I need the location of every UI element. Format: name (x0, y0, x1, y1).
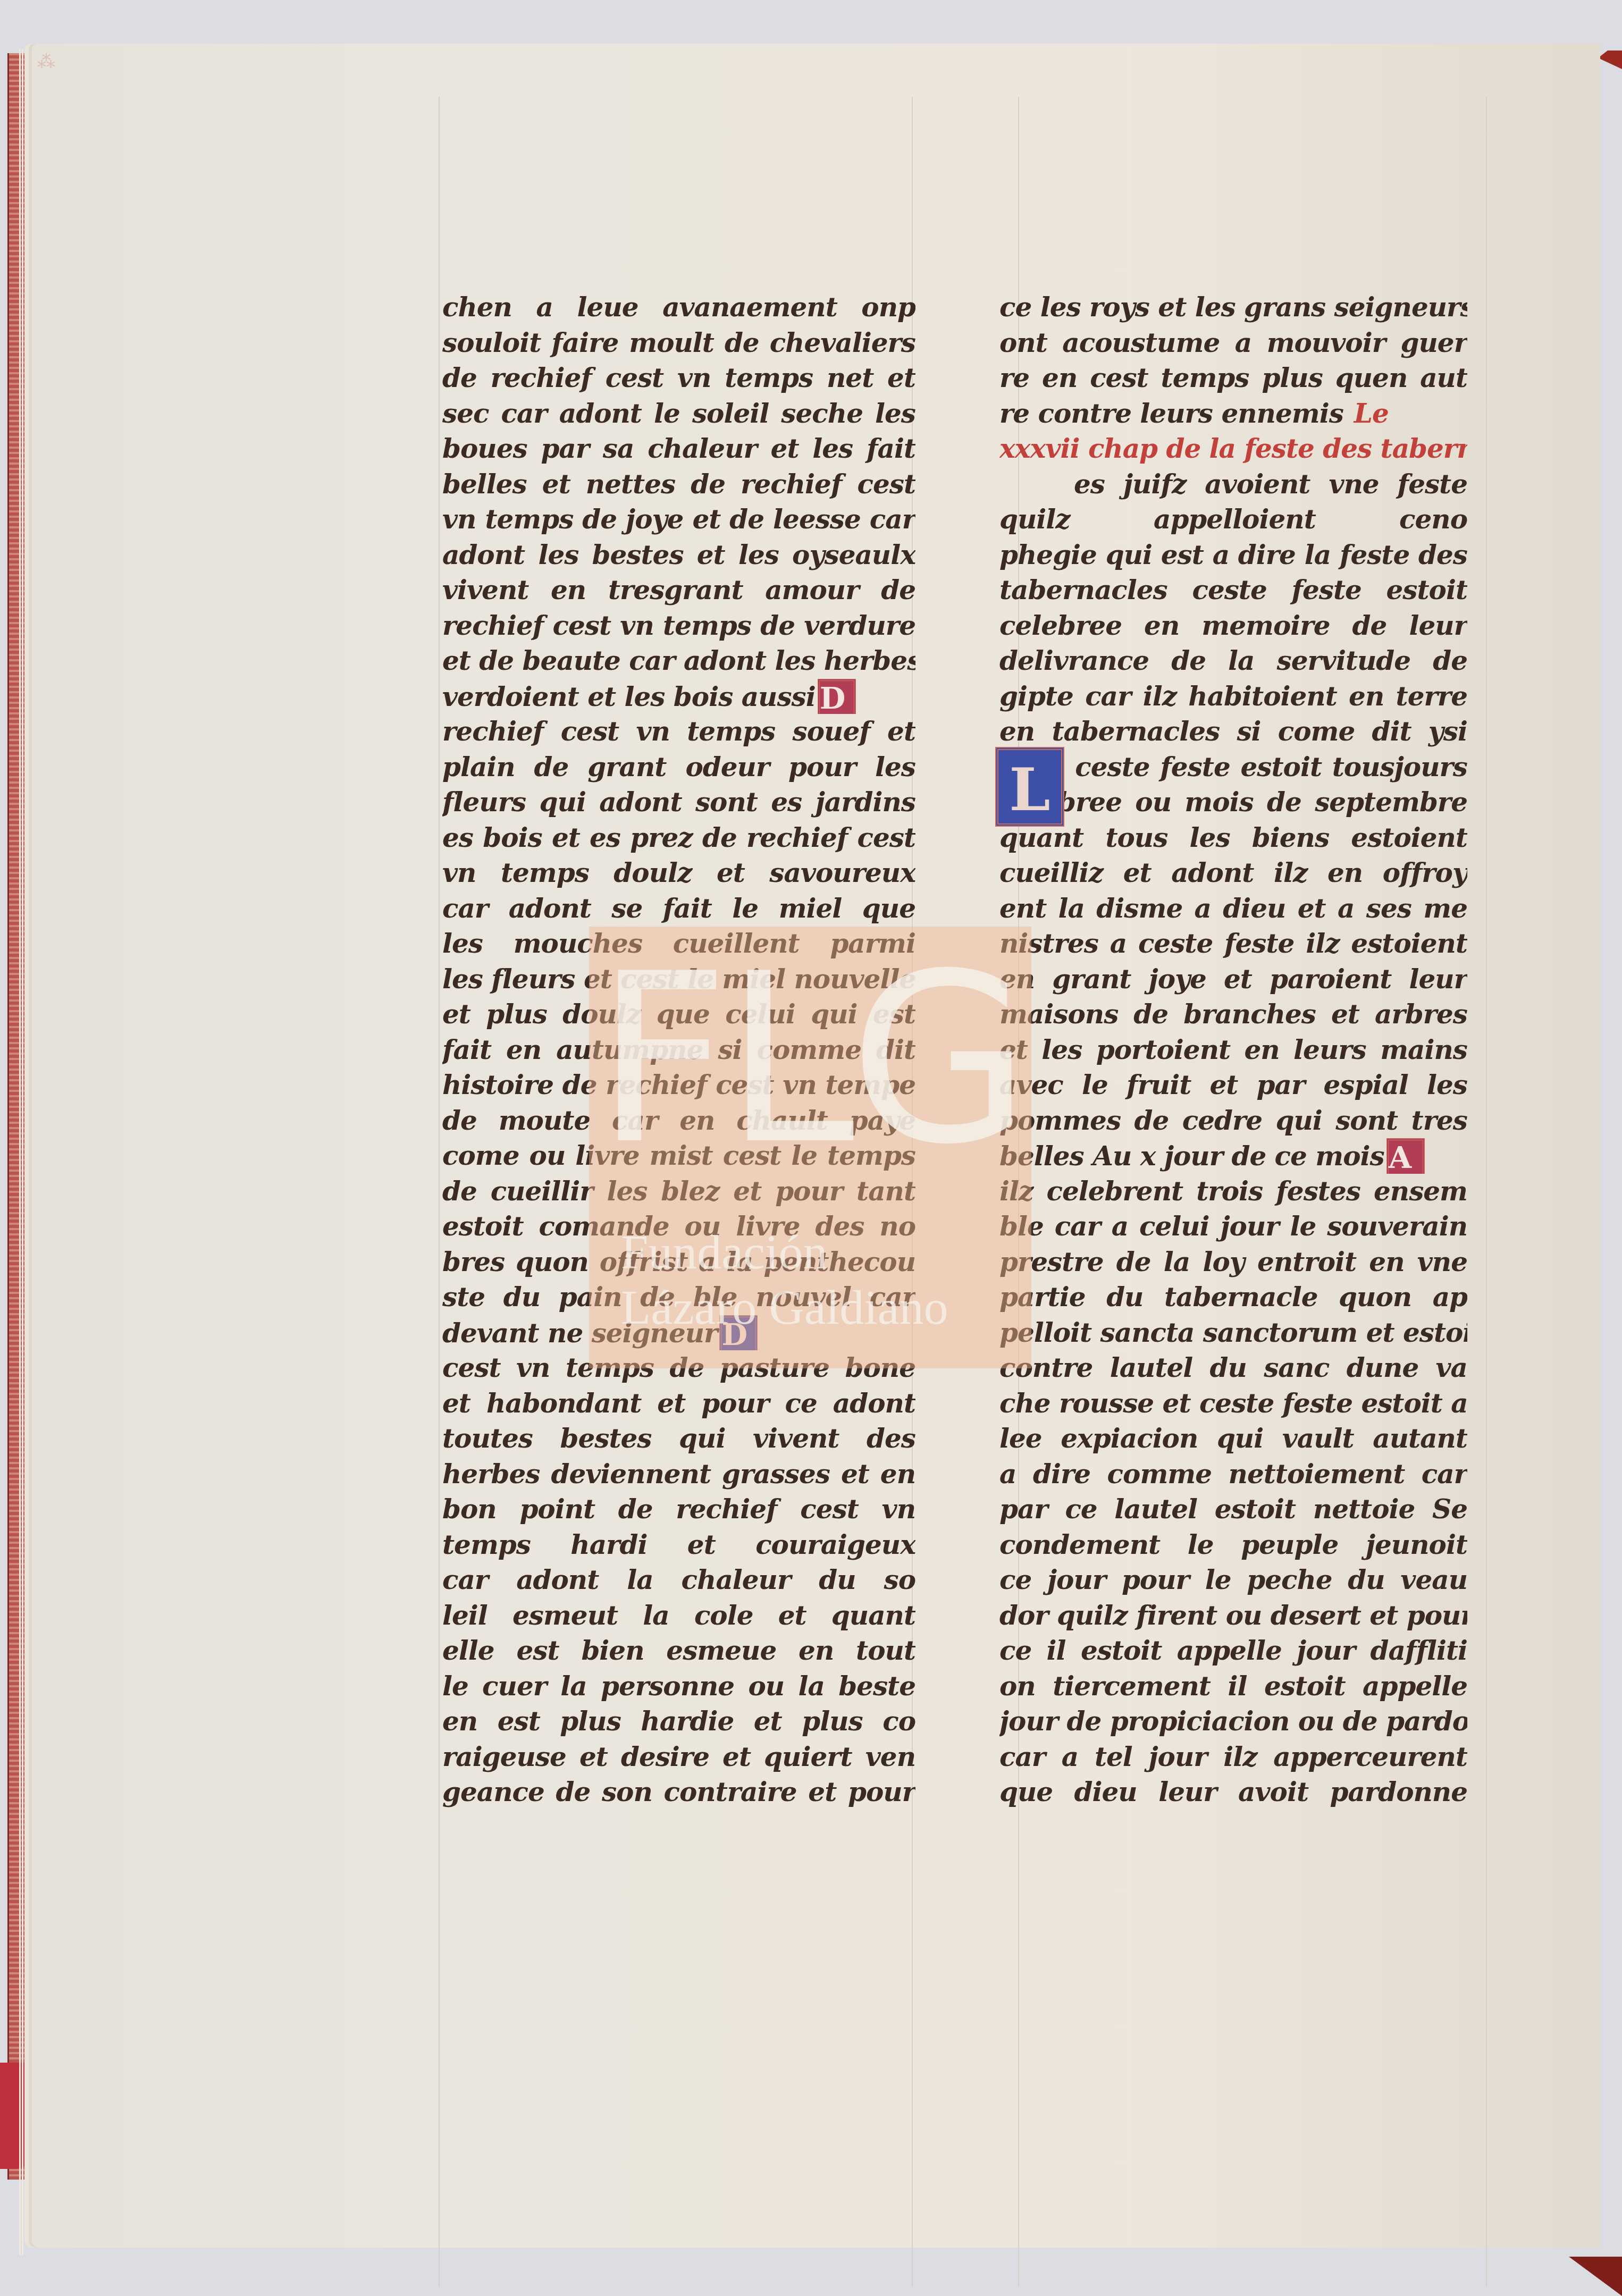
text-line-content: re contre leurs ennemis (999, 398, 1343, 429)
text-line: bon point de rechief cest vn (442, 1492, 915, 1527)
text-line: geance de son contraire et pour (442, 1774, 915, 1810)
text-line: quant tous les biens estoient (999, 820, 1467, 856)
rubric-inline: Le (1354, 398, 1389, 429)
text-line-content: verdoient et les bois aussi (442, 681, 816, 712)
text-line: che rousse et ceste feste estoit appel (999, 1386, 1467, 1422)
text-line: on tiercement il estoit appelle (999, 1669, 1467, 1704)
text-line: re en cest temps plus quen aut (999, 360, 1467, 396)
decorated-initial-a: A (1386, 1138, 1425, 1174)
red-binding-bottom-right (1569, 2257, 1622, 2296)
text-line: elle est bien esmeue en tout (442, 1633, 915, 1669)
text-line: quilz appelloient ceno (999, 502, 1467, 537)
text-line: bres quon offrist a la penthecou (442, 1244, 915, 1280)
text-line: cueilliz et adont ilz en offroy (999, 855, 1467, 891)
folio-number: ⁂ (37, 51, 55, 72)
text-line: car adont la chaleur du so (442, 1562, 915, 1598)
text-line: condement le peuple jeunoit (999, 1527, 1467, 1563)
text-line: come ou livre mist cest le temps (442, 1138, 915, 1174)
text-line: cest vn temps de pasture bone (442, 1350, 915, 1386)
text-line: plain de grant odeur pour les (442, 750, 915, 785)
text-line: gipte car ilz habitoient en terre (999, 679, 1467, 714)
text-column-right: L ce les roys et les grans seigneursont … (999, 290, 1467, 1810)
text-line: de moute car en chault paye (442, 1103, 915, 1139)
text-line: ilz celebrent trois festes ensem (999, 1174, 1467, 1209)
text-column-left: chen a leue avanaement onpsouloit faire … (442, 290, 915, 1810)
text-line: contre lautel du sanc dune va (999, 1350, 1467, 1386)
text-line: ent la disme a dieu et a ses me (999, 891, 1467, 927)
text-line: temps hardi et couraigeux (442, 1527, 915, 1563)
text-line: fait en autumpne si comme dit (442, 1032, 915, 1068)
text-line-content: devant ne seigneur (442, 1317, 717, 1349)
ruling-line (1486, 97, 1487, 2287)
text-line: ste du pain de ble nouvel car (442, 1280, 915, 1315)
text-line-content: belles Au x jour de ce mois (999, 1140, 1384, 1172)
text-line: partie du tabernacle quon ap (999, 1280, 1467, 1315)
text-line: adont les bestes et les oyseaulx (442, 537, 915, 573)
text-line: re contre leurs ennemisLe (999, 396, 1467, 432)
text-line: chen a leue avanaement onp (442, 290, 915, 325)
text-line: lee expiacion qui vault autant (999, 1421, 1467, 1457)
text-line: le cuer la personne ou la beste (442, 1669, 915, 1704)
text-line: es juifz avoient vne feste (999, 467, 1467, 502)
text-line: de cueillir les blez et pour tant (442, 1174, 915, 1209)
text-line: jour de propiciacion ou de pardon (999, 1704, 1467, 1739)
text-line: pommes de cedre qui sont tres (999, 1103, 1467, 1139)
text-line: ce il estoit appelle jour daffliti (999, 1633, 1467, 1669)
text-line: de rechief cest vn temps net et (442, 360, 915, 396)
text-line: vivent en tresgrant amour de (442, 573, 915, 608)
text-line: delivrance de la servitude de (999, 643, 1467, 679)
text-line: boues par sa chaleur et les fait (442, 431, 915, 467)
text-line: belles Au x jour de ce moisA (999, 1138, 1467, 1174)
decorated-initial-d: D (818, 679, 856, 714)
text-line: avec le fruit et par espial les (999, 1067, 1467, 1103)
text-line: leil esmeut la cole et quant (442, 1598, 915, 1634)
text-line: dor quilz firent ou desert et pour (999, 1598, 1467, 1634)
text-line: sec car adont le soleil seche les (442, 396, 915, 432)
text-line: et habondant et pour ce adont (442, 1386, 915, 1422)
text-line: en est plus hardie et plus co (442, 1704, 915, 1739)
text-line: rechief cest vn temps de verdure (442, 608, 915, 644)
ruling-line (439, 97, 440, 2287)
illuminated-initial-l: L (995, 747, 1064, 827)
text-line: ble car a celui jour le souverain (999, 1209, 1467, 1244)
text-line: vn temps doulz et savoureux (442, 855, 915, 891)
text-line: pelloit sancta sanctorum et estoit (999, 1315, 1467, 1351)
text-line: les mouches cueillent parmi (442, 926, 915, 962)
decorated-initial-d: D (719, 1315, 758, 1351)
text-line: a dire comme nettoiement car (999, 1457, 1467, 1492)
text-line: fleurs qui adont sont es jardins (442, 785, 915, 820)
text-line: herbes deviennent grasses et en (442, 1457, 915, 1492)
text-line: en tabernacles si come dit ysi (999, 714, 1467, 750)
text-line: par ce lautel estoit nettoie Se (999, 1492, 1467, 1527)
text-line: ont acoustume a mouvoir guer (999, 325, 1467, 361)
text-line: es bois et es prez de rechief cest (442, 820, 915, 856)
text-line: belles et nettes de rechief cest (442, 467, 915, 502)
text-line: nistres a ceste feste ilz estoient (999, 926, 1467, 962)
text-line: ce jour pour le peche du veau (999, 1562, 1467, 1598)
text-line: et les portoient en leurs mains (999, 1032, 1467, 1068)
text-line: souloit faire moult de chevaliers (442, 325, 915, 361)
text-line: maisons de branches et arbres (999, 997, 1467, 1032)
text-line: xxxvii chap de la feste des tabernacl (999, 431, 1467, 467)
text-line: verdoient et les bois aussiD (442, 679, 915, 714)
text-line: ce les roys et les grans seigneurs (999, 290, 1467, 325)
text-line: raigeuse et desire et quiert ven (442, 1739, 915, 1775)
text-line: celebree en memoire de leur (999, 608, 1467, 644)
text-line: et plus doulz que celui qui est (442, 997, 915, 1032)
text-line: devant ne seigneurD (442, 1315, 915, 1351)
text-line: tabernacles ceste feste estoit (999, 573, 1467, 608)
text-line: que dieu leur avoit pardonne (999, 1774, 1467, 1810)
text-line: phegie qui est a dire la feste des (999, 537, 1467, 573)
text-line: vn temps de joye et de leesse car (442, 502, 915, 537)
text-line: en grant joye et paroient leur (999, 962, 1467, 997)
text-line: car adont se fait le miel que (442, 891, 915, 927)
text-line: les fleurs et cest le miel nouvelle (442, 962, 915, 997)
text-line: rechief cest vn temps souef et (442, 714, 915, 750)
text-line: toutes bestes qui vivent des (442, 1421, 915, 1457)
text-line: et de beaute car adont les herbes (442, 643, 915, 679)
text-line: prestre de la loy entroit en vne (999, 1244, 1467, 1280)
text-line: histoire de rechief cest vn tempe (442, 1067, 915, 1103)
text-line: car a tel jour ilz apperceurent (999, 1739, 1467, 1775)
text-line: dore ceste feste estoit tousjours (999, 750, 1467, 785)
text-line: celebree ou mois de septembre (999, 785, 1467, 820)
text-line: estoit comande ou livre des no (442, 1209, 915, 1244)
